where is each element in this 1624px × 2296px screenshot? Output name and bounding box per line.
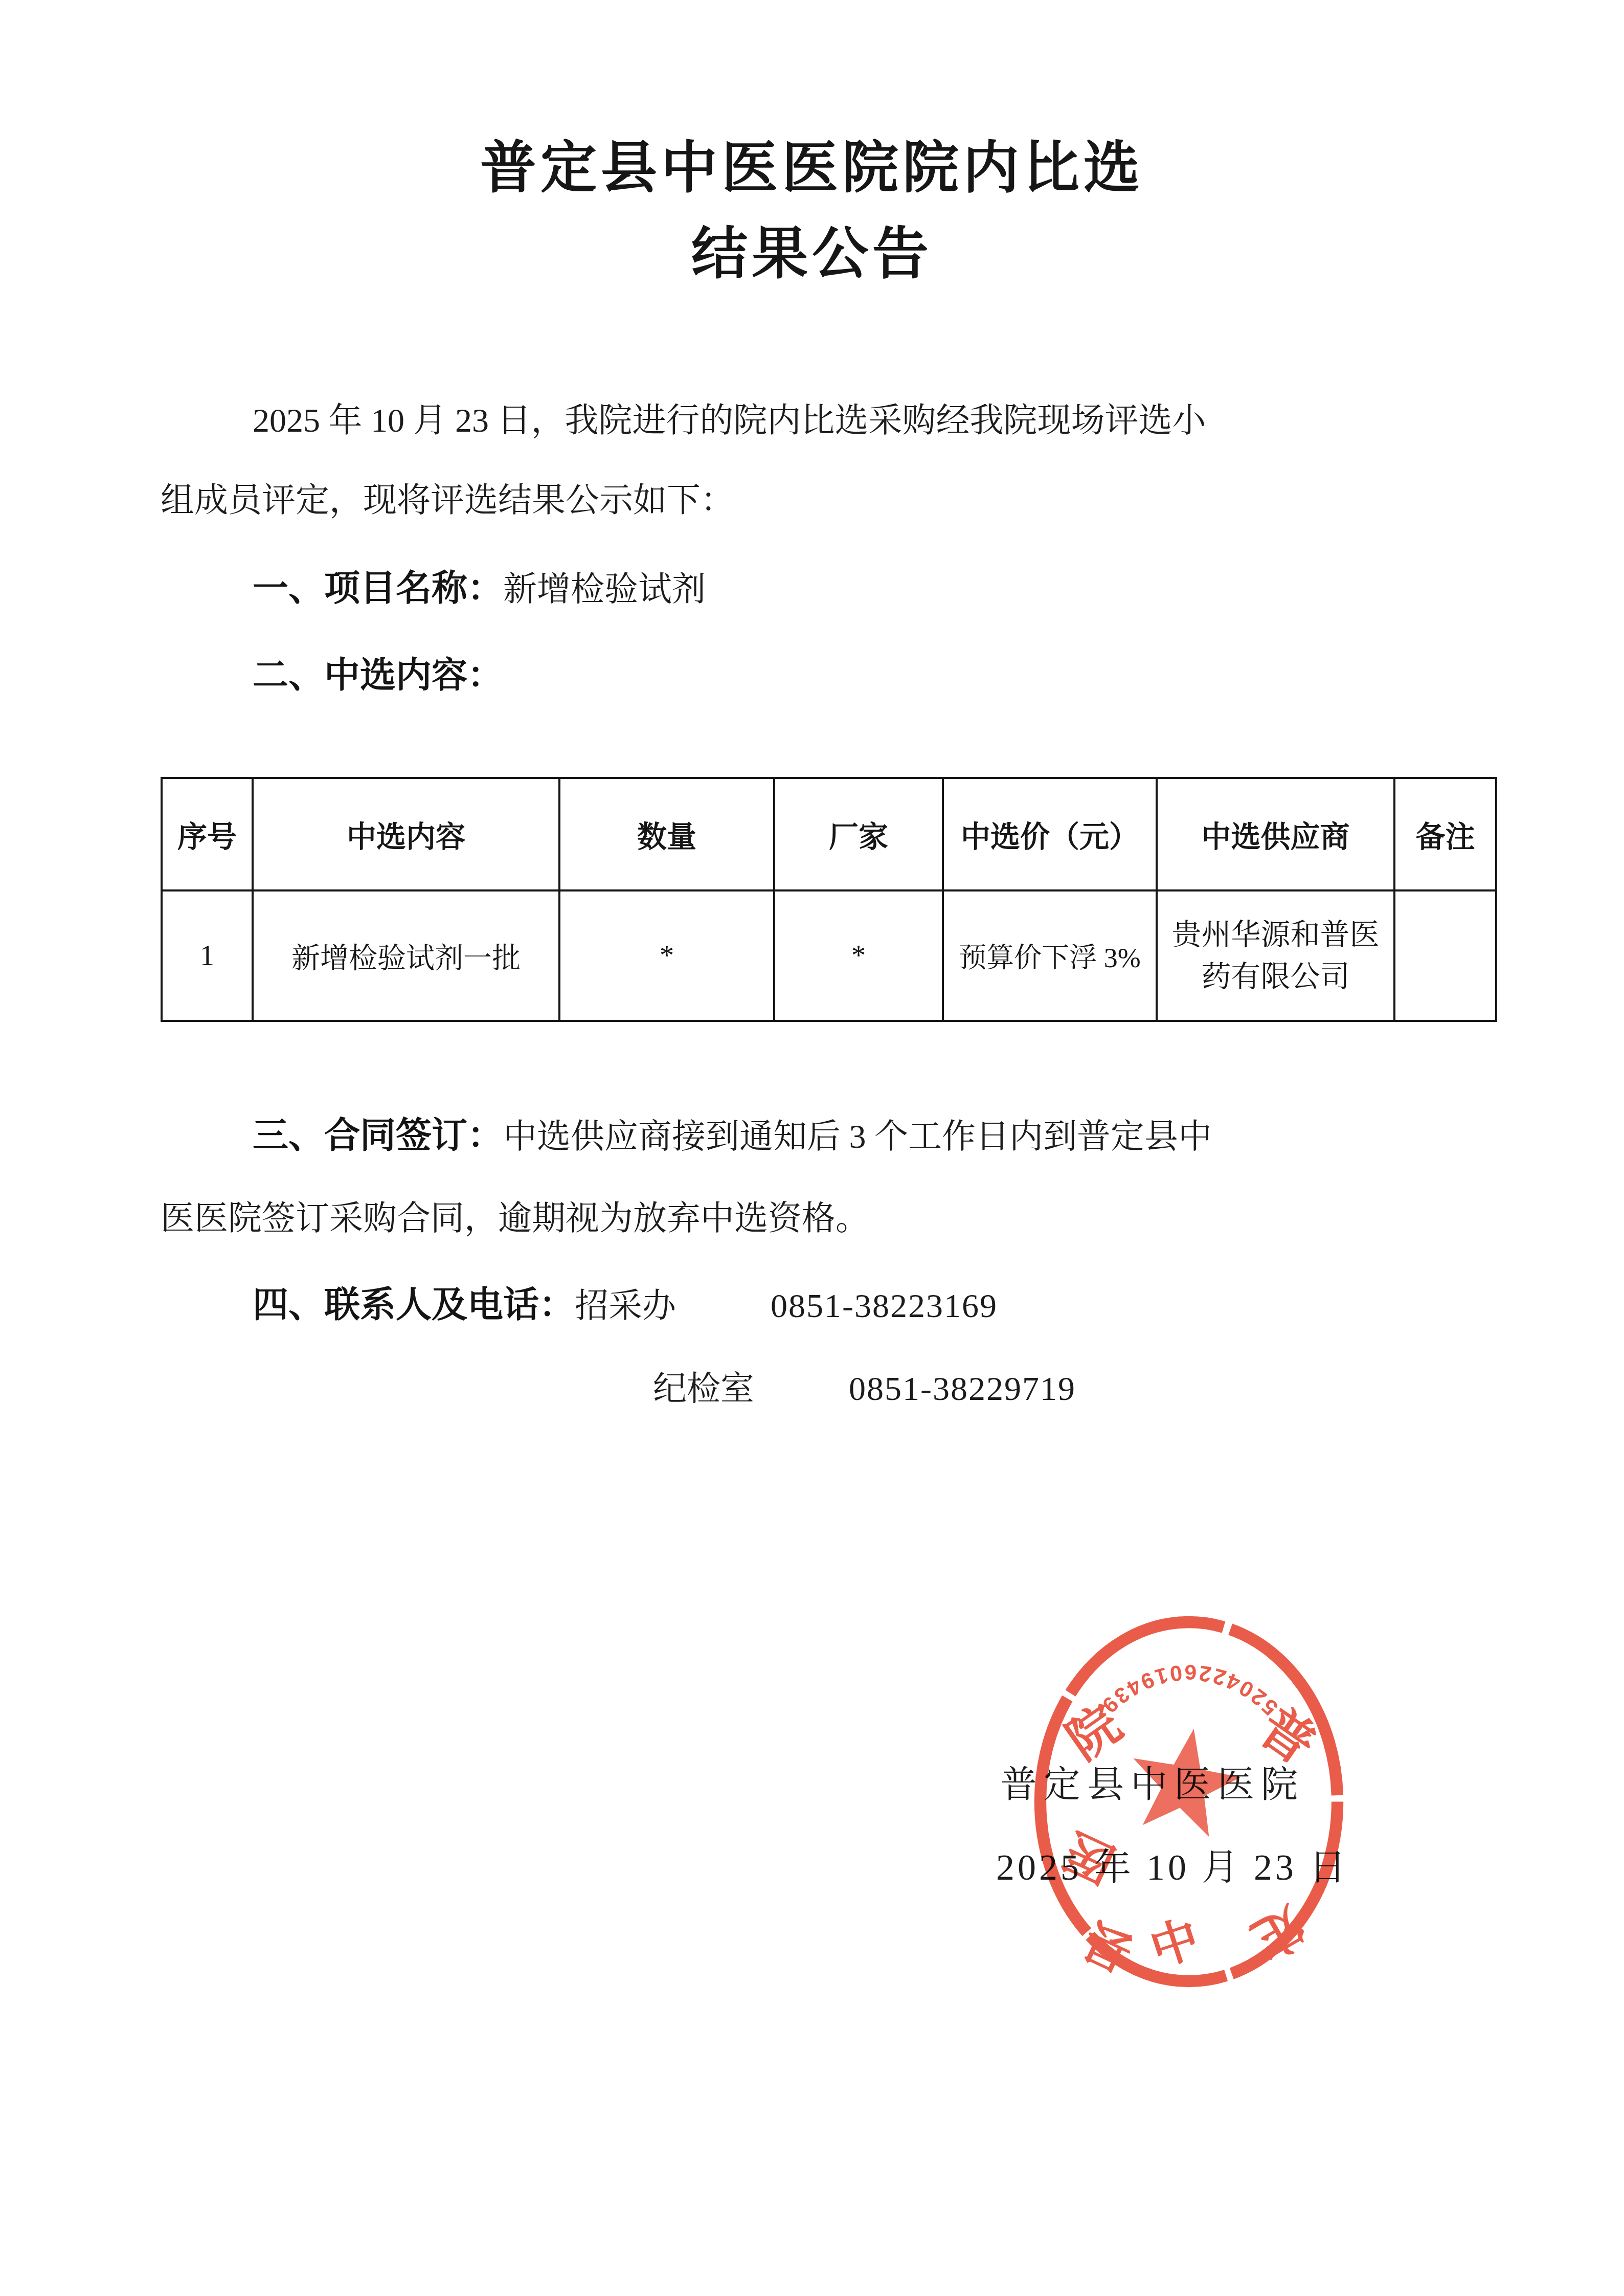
header-remark: 备注 <box>1394 778 1496 890</box>
cell-remark <box>1394 890 1496 1021</box>
section3-text1: 中选供应商接到通知后 3 个工作日内到普定县中 <box>503 1118 1212 1155</box>
section2-label: 二、中选内容： <box>253 655 503 695</box>
seal-char: 中 <box>1144 1910 1206 1976</box>
section3-label: 三、合同签订： <box>253 1116 503 1155</box>
document-title: 普定县中医医院院内比选 结果公告 <box>0 125 1624 297</box>
document-title-line1: 普定县中医医院院内比选 <box>0 125 1624 211</box>
section1-label: 一、项目名称： <box>253 568 503 608</box>
header-content: 中选内容 <box>253 778 559 890</box>
section-contacts: 四、联系人及电话：招采办0851-38223169 纪检室0851-382297… <box>161 1263 1495 1431</box>
header-supplier: 中选供应商 <box>1157 778 1394 890</box>
cell-price: 预算价下浮 3% <box>943 890 1157 1021</box>
contact1-phone: 0851-38223169 <box>771 1287 998 1325</box>
svg-text:5204226019439: 5204226019439 <box>1095 1660 1283 1720</box>
header-quantity: 数量 <box>559 778 774 890</box>
contact2-phone: 0851-38229719 <box>849 1370 1076 1408</box>
document-page: { "page": { "background": "#ffffff", "in… <box>0 0 1624 2296</box>
section3-line1: 三、合同签订：中选供应商接到通知后 3 个工作日内到普定县中 <box>161 1095 1495 1178</box>
header-seq: 序号 <box>162 778 253 890</box>
contact-line2: 纪检室0851-38229719 <box>161 1348 1495 1431</box>
section-contract-signing: 三、合同签订：中选供应商接到通知后 3 个工作日内到普定县中 医医院签订采购合同… <box>161 1095 1495 1260</box>
signature-date: 2025 年 10 月 23 日 <box>996 1837 1349 1890</box>
cell-quantity: * <box>559 890 774 1021</box>
table-row: 1 新增检验试剂一批 * * 预算价下浮 3% 贵州华源和普医药有限公司 <box>162 890 1496 1021</box>
section1-value: 新增检验试剂 <box>503 571 706 608</box>
contact2-name: 纪检室 <box>653 1370 754 1408</box>
contact-line1: 四、联系人及电话：招采办0851-38223169 <box>161 1263 1495 1348</box>
section-selected-content: 二、中选内容： <box>161 635 1587 717</box>
document-title-line2: 结果公告 <box>0 211 1624 297</box>
contact1-name: 招采办 <box>575 1287 676 1325</box>
cell-seq: 1 <box>162 890 253 1021</box>
intro-line2: 组成员评定，现将评选结果公示如下： <box>161 461 1495 541</box>
result-table: 序号 中选内容 数量 厂家 中选价（元） 中选供应商 备注 1 新增检验试剂一批… <box>161 777 1497 1022</box>
seal-code-group: 5204226019439 <box>1095 1660 1283 1720</box>
header-price: 中选价（元） <box>943 778 1157 890</box>
table-header-row: 序号 中选内容 数量 厂家 中选价（元） 中选供应商 备注 <box>162 778 1496 890</box>
section-project-name: 一、项目名称：新增检验试剂 <box>161 548 1587 630</box>
cell-supplier: 贵州华源和普医药有限公司 <box>1157 890 1394 1021</box>
intro-paragraph: 2025 年 10 月 23 日，我院进行的院内比选采购经我院现场评选小 组成员… <box>161 381 1495 541</box>
signature-org: 普定县中医医院 <box>1000 1754 1304 1808</box>
cell-content: 新增检验试剂一批 <box>253 890 559 1021</box>
section4-label: 四、联系人及电话： <box>253 1285 575 1325</box>
cell-manufacturer: * <box>774 890 943 1021</box>
intro-line1: 2025 年 10 月 23 日，我院进行的院内比选采购经我院现场评选小 <box>161 381 1495 461</box>
header-manufacturer: 厂家 <box>774 778 943 890</box>
section3-line2: 医医院签订采购合同，逾期视为放弃中选资格。 <box>161 1178 1495 1260</box>
seal-code: 5204226019439 <box>1095 1660 1283 1720</box>
